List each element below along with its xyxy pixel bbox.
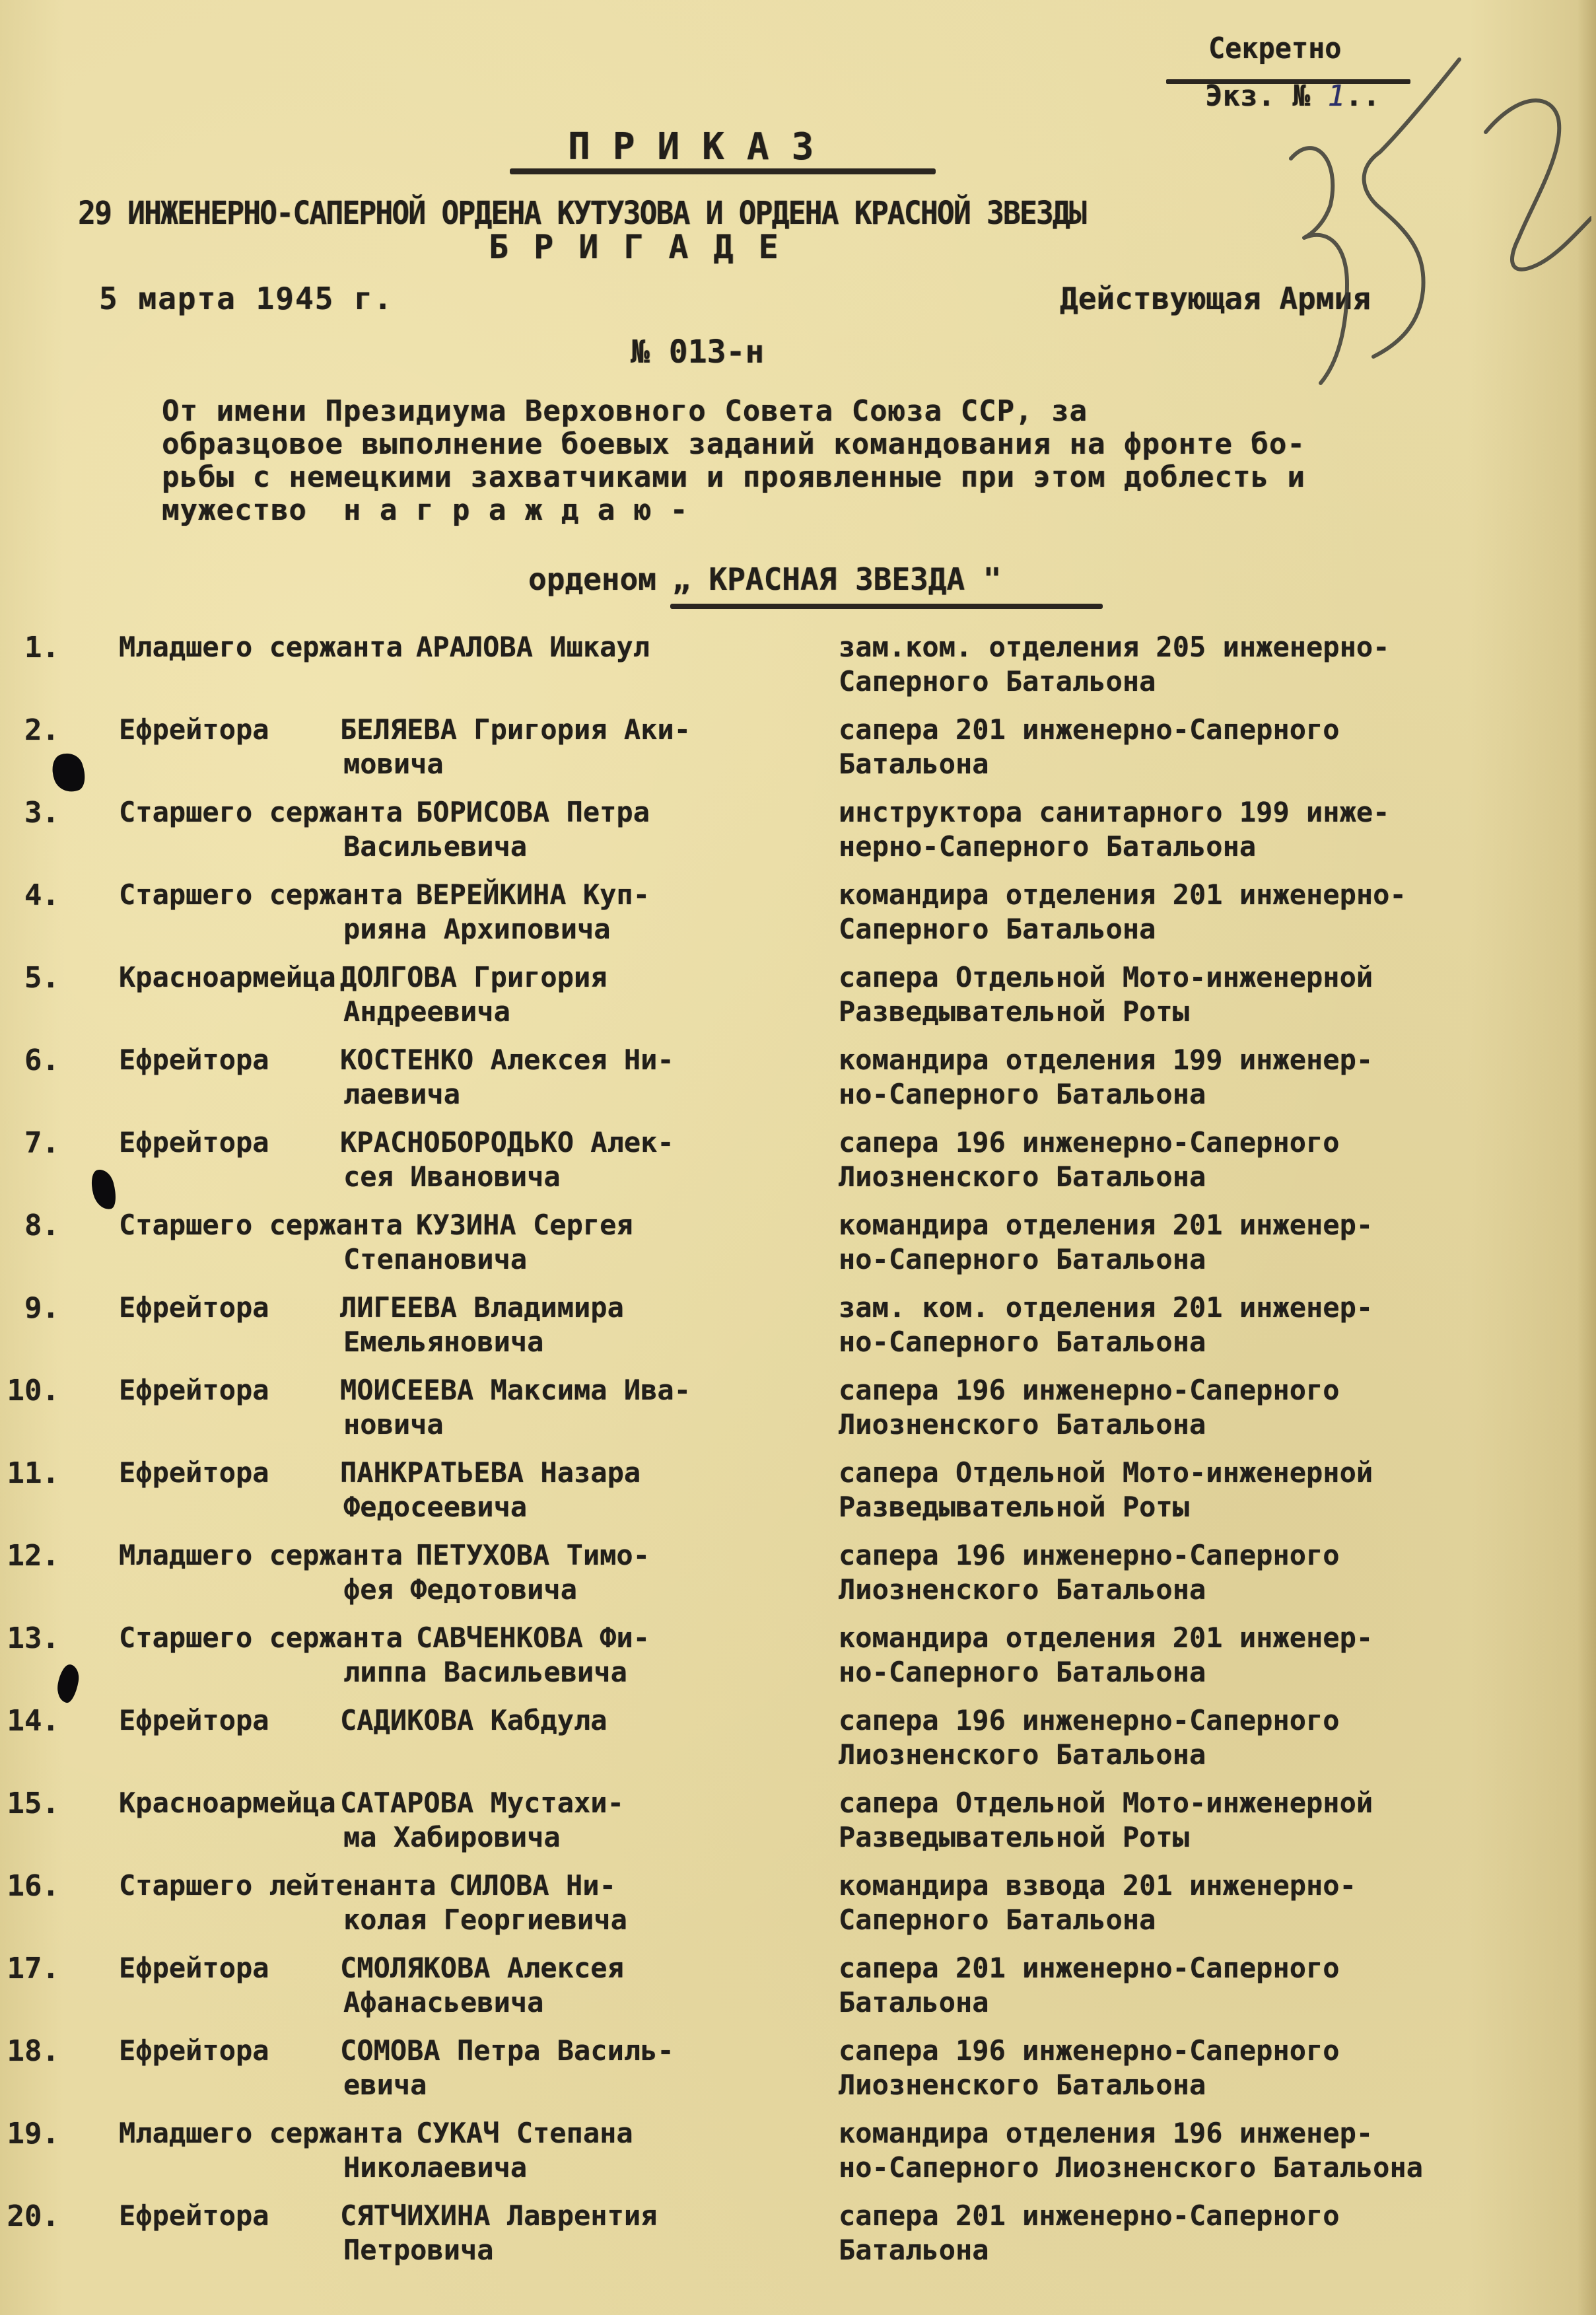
recipient-number: 16. [0,1869,59,1903]
recipient-position: командира отделения 196 инженер- [839,2117,1373,2149]
recipient-position: сапера 196 инженерно-Саперного [839,1126,1340,1158]
recipient-position: командира отделения 201 инженер- [839,1621,1373,1654]
recipient-number: 18. [0,2034,59,2068]
recipient-name: СУКАЧ Степана [416,2117,633,2149]
recipient-position-continued: Батальона [839,2234,989,2266]
recipient-name: ЛИГЕЕВА Владимира [340,1291,624,1324]
recipient-name-continued: Андреевича [343,995,510,1028]
recipient-rank: Красноармейца [119,961,336,993]
recipient-position-continued: Батальона [839,1986,989,2018]
recipient-number: 3. [0,796,59,830]
recipient-name-continued: Васильевича [343,830,527,863]
document-title: ПРИКАЗ [568,125,836,168]
recipient-position: сапера 201 инженерно-Саперного [839,2199,1340,2232]
recipient-rank: Младшего сержанта [119,631,403,663]
recipient-position-continued: Разведывательной Роты [839,1821,1189,1853]
recipient-name: МОИСЕЕВА Максима Ива- [340,1374,691,1406]
recipient-name: БЕЛЯЕВА Григория Аки- [340,713,691,746]
recipient-name: ДОЛГОВА Григория [340,961,607,993]
recipient-position-continued: Лиозненского Батальона [839,2069,1206,2101]
recipient-name-continued: Николаевича [343,2151,527,2184]
award-label: орденом [528,561,656,597]
recipient-name-continued: Степановича [343,1243,527,1275]
recipient-number: 7. [0,1126,59,1160]
recipient-rank: Ефрейтора [119,1374,269,1406]
ink-blot-mark [88,1167,120,1213]
recipient-number: 12. [0,1539,59,1573]
award-name: „ КРАСНАЯ ЗВЕЗДА " [672,561,1002,597]
recipient-position-continued: Саперного Батальона [839,913,1156,945]
ink-blot-mark [55,1663,81,1704]
recipient-number: 11. [0,1456,59,1490]
recipient-name: ВЕРЕЙКИНА Куп- [416,878,650,911]
recipient-number: 19. [0,2117,59,2151]
issuer-line-1: 29 ИНЖЕНЕРНО-САПЕРНОЙ ОРДЕНА КУТУЗОВА И … [78,195,1086,232]
recipient-position-continued: но-Саперного Батальона [839,1656,1206,1688]
recipient-name-continued: мовича [343,748,444,780]
recipient-position-continued: Батальона [839,748,989,780]
recipient-rank: Ефрейтора [119,1044,269,1076]
recipient-position: сапера 201 инженерно-Саперного [839,1952,1340,1984]
recipient-rank: Старшего сержанта [119,1209,403,1241]
recipient-rank: Ефрейтора [119,713,269,746]
recipient-position: сапера Отдельной Мото-инженерной [839,961,1373,993]
recipient-number: 10. [0,1374,59,1407]
recipient-number: 5. [0,961,59,995]
recipient-name-continued: рияна Архиповича [343,913,611,945]
preamble-text: От имени Президиума Верховного Совета Со… [162,395,1305,527]
recipient-position: зам. ком. отделения 201 инженер- [839,1291,1373,1324]
issuer-line-2: БРИГАДЕ [489,228,804,266]
recipient-rank: Младшего сержанта [119,2117,403,2149]
recipient-name: САТАРОВА Мустахи- [340,1787,624,1819]
recipient-number: 14. [0,1704,59,1738]
recipient-name: ПЕТУХОВА Тимо- [416,1539,650,1571]
recipient-name-continued: липпа Васильевича [343,1656,627,1688]
recipient-name: СИЛОВА Ни- [449,1869,616,1902]
recipient-rank: Ефрейтора [119,1952,269,1984]
recipient-position-continued: Саперного Батальона [839,1904,1156,1936]
recipient-name-continued: фея Федотовича [343,1573,577,1606]
recipient-position: сапера 196 инженерно-Саперного [839,1539,1340,1571]
recipient-position: командира отделения 201 инженер- [839,1209,1373,1241]
recipient-number: 13. [0,1621,59,1655]
recipient-name: САДИКОВА Кабдула [340,1704,607,1736]
recipient-position-continued: Лиозненского Батальона [839,1408,1206,1441]
recipient-position: командира отделения 201 инженерно- [839,878,1406,911]
recipient-name: СОМОВА Петра Василь- [340,2034,674,2067]
recipient-position: сапера 196 инженерно-Саперного [839,2034,1340,2067]
recipient-name: КРАСНОБОРОДЬКО Алек- [340,1126,674,1158]
ink-blot-mark [47,749,90,797]
recipient-number: 9. [0,1291,59,1325]
recipient-name: АРАЛОВА Ишкаул [416,631,650,663]
recipient-rank: Ефрейтора [119,1704,269,1736]
recipient-position: командира взвода 201 инженерно- [839,1869,1356,1902]
recipient-name: КУЗИНА Сергея [416,1209,633,1241]
recipient-name-continued: новича [343,1408,444,1441]
recipient-name: СМОЛЯКОВА Алексея [340,1952,624,1984]
recipient-position-continued: Лиозненского Батальона [839,1573,1206,1606]
recipient-position: инструктора санитарного 199 инже- [839,796,1389,828]
recipient-name-continued: евича [343,2069,427,2101]
recipient-position: сапера 196 инженерно-Саперного [839,1704,1340,1736]
recipient-number: 1. [0,631,59,664]
recipient-position-continued: Саперного Батальона [839,665,1156,697]
recipient-name-continued: Афанасьевича [343,1986,543,2018]
recipient-position-continued: но-Саперного Батальона [839,1243,1206,1275]
recipient-position: сапера Отдельной Мото-инженерной [839,1787,1373,1819]
recipient-name: САВЧЕНКОВА Фи- [416,1621,650,1654]
recipient-position-continued: Лиозненского Батальона [839,1160,1206,1193]
order-number: № 013-н [631,334,764,371]
award-underline [670,604,1103,609]
recipient-name-continued: Федосеевича [343,1491,527,1523]
recipient-name: КОСТЕНКО Алексея Ни- [340,1044,674,1076]
recipient-position-continued: но-Саперного Батальона [839,1078,1206,1110]
recipient-number: 4. [0,878,59,912]
recipient-position-continued: нерно-Саперного Батальона [839,830,1256,863]
recipient-position-continued: но-Саперного Батальона [839,1326,1206,1358]
recipient-name-continued: ма Хабировича [343,1821,561,1853]
recipient-rank: Старшего сержанта [119,878,403,911]
order-date: 5 марта 1945 г. [99,281,393,316]
title-underline [510,168,936,174]
handwritten-pencil-number [1241,53,1591,396]
recipient-position: сапера Отдельной Мото-инженерной [839,1456,1373,1489]
recipient-number: 6. [0,1044,59,1077]
recipient-name: СЯТЧИХИНА Лаврентия [340,2199,657,2232]
recipient-rank: Старшего сержанта [119,1621,403,1654]
recipient-rank: Ефрейтора [119,1291,269,1324]
recipient-rank: Младшего сержанта [119,1539,403,1571]
recipient-rank: Ефрейтора [119,2199,269,2232]
recipient-position: зам.ком. отделения 205 инженерно- [839,631,1389,663]
recipient-position: командира отделения 199 инженер- [839,1044,1373,1076]
recipient-rank: Красноармейца [119,1787,336,1819]
recipient-rank: Старшего сержанта [119,796,403,828]
recipient-name-continued: Петровича [343,2234,494,2266]
recipient-rank: Ефрейтора [119,1126,269,1158]
recipient-name-continued: лаевича [343,1078,460,1110]
recipient-rank: Ефрейтора [119,2034,269,2067]
recipient-name-continued: колая Георгиевича [343,1904,627,1936]
recipient-name-continued: Емельяновича [343,1326,543,1358]
recipient-name-continued: сея Ивановича [343,1160,561,1193]
recipient-rank: Старшего лейтенанта [119,1869,436,1902]
recipient-name: ПАНКРАТЬЕВА Назара [340,1456,641,1489]
recipient-position-continued: Разведывательной Роты [839,995,1189,1028]
recipient-number: 15. [0,1787,59,1820]
recipient-number: 8. [0,1209,59,1242]
recipient-position: сапера 196 инженерно-Саперного [839,1374,1340,1406]
recipient-position-continued: Лиозненского Батальона [839,1738,1206,1771]
recipient-rank: Ефрейтора [119,1456,269,1489]
recipient-name: БОРИСОВА Петра [416,796,650,828]
recipient-position-continued: но-Саперного Лиозненского Батальона [839,2151,1423,2184]
recipient-position: сапера 201 инженерно-Саперного [839,713,1340,746]
recipient-number: 20. [0,2199,59,2233]
recipient-number: 17. [0,1952,59,1985]
recipient-position-continued: Разведывательной Роты [839,1491,1189,1523]
recipient-number: 2. [0,713,59,747]
